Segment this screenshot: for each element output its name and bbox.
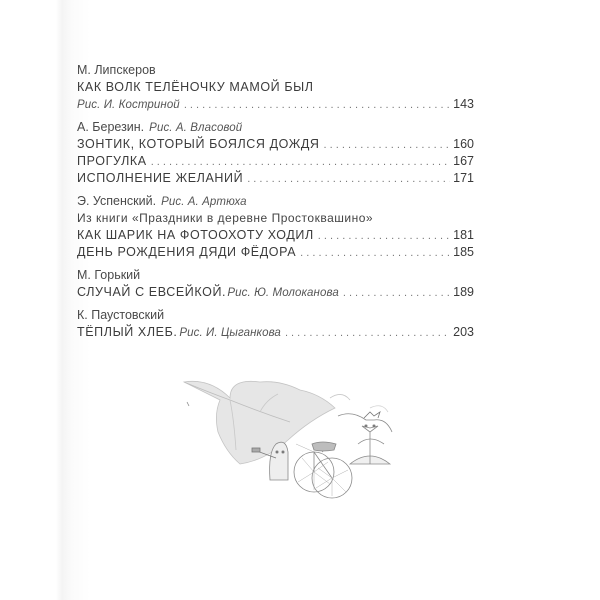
illustrator: Рис. И. Костриной [77, 97, 180, 114]
toc-author: М. Горький [77, 267, 474, 284]
dot-leader [300, 245, 450, 262]
page-number: 189 [453, 284, 474, 301]
dot-leader [324, 137, 451, 154]
bicycle-icon [338, 412, 392, 464]
dot-leader [318, 228, 450, 245]
page-number: 181 [453, 227, 474, 244]
dot-leader [151, 154, 450, 171]
book-page: М. Липскеров КАК ВОЛК ТЕЛЁНОЧКУ МАМОЙ БЫ… [0, 0, 600, 600]
illustrator: Рис. И. Цыганкова [179, 325, 281, 342]
toc-author: М. Липскеров [77, 62, 474, 79]
entry-title: ДЕНЬ РОЖДЕНИЯ ДЯДИ ФЁДОРА [77, 244, 296, 261]
entry-title: СЛУЧАЙ С ЕВСЕЙКОЙ. [77, 284, 226, 301]
toc-author: А. Березин. Рис. А. Власовой [77, 119, 474, 136]
page-number: 143 [453, 96, 474, 113]
toc-entry[interactable]: Рис. И. Костриной 143 [77, 96, 474, 113]
illustrator: Рис. А. Артюха [161, 194, 247, 211]
entry-title: КАК ШАРИК НА ФОТООХОТУ ХОДИЛ [77, 227, 314, 244]
bicycle-sketch-icon [170, 360, 430, 510]
toc-entry[interactable]: КАК ВОЛК ТЕЛЁНОЧКУ МАМОЙ БЫЛ [77, 79, 474, 96]
toc-entry[interactable]: ТЁПЛЫЙ ХЛЕБ. Рис. И. Цыганкова 203 [77, 324, 474, 341]
page-number: 185 [453, 244, 474, 261]
entry-title: ПРОГУЛКА [77, 153, 147, 170]
bicycle-icon [294, 442, 352, 498]
toc-book-ref: Из книги «Праздники в деревне Простокваш… [77, 210, 474, 227]
dot-leader [285, 325, 450, 342]
dot-leader [247, 171, 450, 188]
toc-author: К. Паустовский [77, 307, 474, 324]
toc-entry[interactable]: ДЕНЬ РОЖДЕНИЯ ДЯДИ ФЁДОРА 185 [77, 244, 474, 261]
toc-author: Э. Успенский. Рис. А. Артюха [77, 193, 474, 210]
author-name: К. Паустовский [77, 307, 164, 324]
author-name: А. Березин. [77, 119, 144, 136]
page-number: 203 [453, 324, 474, 341]
dot-leader [184, 97, 450, 114]
author-name: М. Горький [77, 267, 140, 284]
toc-entry[interactable]: ПРОГУЛКА 167 [77, 153, 474, 170]
toc-entry[interactable]: КАК ШАРИК НА ФОТООХОТУ ХОДИЛ 181 [77, 227, 474, 244]
entry-title: ИСПОЛНЕНИЕ ЖЕЛАНИЙ [77, 170, 243, 187]
page-number: 167 [453, 153, 474, 170]
entry-title: ЗОНТИК, КОТОРЫЙ БОЯЛСЯ ДОЖДЯ [77, 136, 320, 153]
entry-title: КАК ВОЛК ТЕЛЁНОЧКУ МАМОЙ БЫЛ [77, 79, 314, 96]
table-of-contents: М. Липскеров КАК ВОЛК ТЕЛЁНОЧКУ МАМОЙ БЫ… [77, 62, 474, 341]
illustrator: Рис. Ю. Молоканова [227, 285, 338, 302]
toc-entry[interactable]: ИСПОЛНЕНИЕ ЖЕЛАНИЙ 171 [77, 170, 474, 187]
book-reference: Из книги «Праздники в деревне Простокваш… [77, 210, 373, 227]
illustrator: Рис. А. Власовой [149, 120, 242, 137]
dot-leader [343, 285, 450, 302]
entry-title: ТЁПЛЫЙ ХЛЕБ. [77, 324, 177, 341]
page-number: 160 [453, 136, 474, 153]
toc-entry[interactable]: ЗОНТИК, КОТОРЫЙ БОЯЛСЯ ДОЖДЯ 160 [77, 136, 474, 153]
author-name: Э. Успенский. [77, 193, 156, 210]
page-number: 171 [453, 170, 474, 187]
toc-entry[interactable]: СЛУЧАЙ С ЕВСЕЙКОЙ. Рис. Ю. Молоканова 18… [77, 284, 474, 301]
author-name: М. Липскеров [77, 62, 156, 79]
